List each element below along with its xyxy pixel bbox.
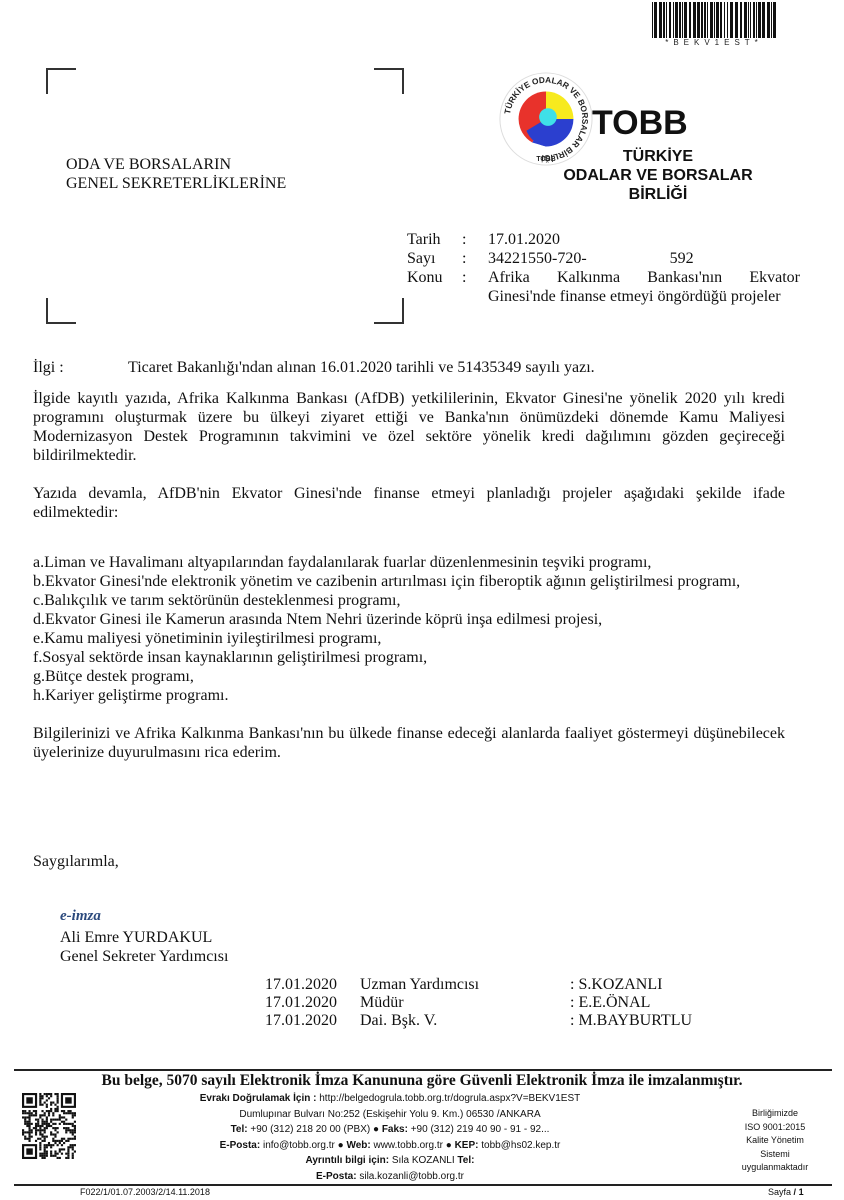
list-item: d.Ekvator Ginesi ile Kamerun arasında Nt… (33, 610, 785, 629)
bullet-icon: ● (338, 1140, 344, 1151)
window-corner-mark (46, 68, 76, 94)
barcode-text: *BEKV1EST* (650, 38, 778, 47)
address-line: Dumlupınar Bulvarı No:252 (Eskişehir Yol… (160, 1107, 620, 1123)
verify-line: Evrakı Doğrulamak İçin : http://belgedog… (160, 1091, 620, 1107)
signer-block: Ali Emre YURDAKUL Genel Sekreter Yardımc… (60, 928, 228, 966)
brand-title: TOBB (592, 105, 688, 141)
contact-email-link[interactable]: sila.kozanli@tobb.org.tr (359, 1171, 464, 1182)
meta-date: Tarih : 17.01.2020 (407, 230, 800, 249)
web-link[interactable]: www.tobb.org.tr (373, 1140, 442, 1151)
list-item: c.Balıkçılık ve tarım sektörünün destekl… (33, 591, 785, 610)
paragraph: İlgide kayıtlı yazıda, Afrika Kalkınma B… (33, 389, 785, 465)
signer-name: Ali Emre YURDAKUL (60, 928, 228, 947)
bullet-icon: ● (373, 1124, 379, 1135)
window-corner-mark (374, 68, 404, 94)
recipient-address: ODA VE BORSALARIN GENEL SEKRETERLİKLERİN… (66, 155, 286, 193)
e-signature-mark: e-imza (60, 908, 101, 925)
list-item: h.Kariyer geliştirme programı. (33, 686, 785, 705)
meta-number: Sayı : 34221550-720-592 (407, 249, 800, 268)
phone-line: Tel: +90 (312) 218 20 00 (PBX) ● Faks: +… (160, 1122, 620, 1138)
document-meta: Tarih : 17.01.2020 Sayı : 34221550-720-5… (407, 230, 800, 306)
kep-link[interactable]: tobb@hs02.kep.tr (481, 1140, 560, 1151)
qr-code-icon[interactable] (22, 1093, 76, 1159)
web-line: E-Posta: info@tobb.org.tr ● Web: www.tob… (160, 1138, 620, 1154)
project-list: a.Liman ve Havalimanı altyapılarından fa… (33, 553, 785, 705)
approval-row: 17.01.2020 Müdür : E.E.ÖNAL (265, 994, 692, 1012)
letter-body: İlgi : Ticaret Bakanlığı'ndan alınan 16.… (33, 358, 785, 781)
reference-line: İlgi : Ticaret Bakanlığı'ndan alınan 16.… (33, 358, 785, 377)
meta-subject: Konu : Afrika Kalkınma Bankası'nın Ekvat… (407, 268, 800, 306)
approval-row: 17.01.2020 Dai. Bşk. V. : M.BAYBURTLU (265, 1012, 692, 1030)
recipient-line: GENEL SEKRETERLİKLERİNE (66, 174, 286, 193)
brand-subtitle: TÜRKİYE ODALAR VE BORSALAR BİRLİĞİ (548, 147, 768, 204)
list-item: e.Kamu maliyesi yönetiminin iyileştirilm… (33, 629, 785, 648)
approval-list: 17.01.2020 Uzman Yardımcısı : S.KOZANLI … (265, 976, 692, 1030)
signer-title: Genel Sekreter Yardımcısı (60, 947, 228, 966)
footer-divider (14, 1069, 832, 1071)
footer-contact-info: Evrakı Doğrulamak İçin : http://belgedog… (160, 1091, 620, 1184)
paragraph: Yazıda devamla, AfDB'nin Ekvator Ginesi'… (33, 484, 785, 522)
paragraph: Bilgilerinizi ve Afrika Kalkınma Bankası… (33, 724, 785, 762)
list-item: a.Liman ve Havalimanı altyapılarından fa… (33, 553, 785, 572)
contact-email-line: E-Posta: sila.kozanli@tobb.org.tr (160, 1169, 620, 1185)
iso-notice: Birliğimizde ISO 9001:2015 Kalite Yöneti… (730, 1107, 820, 1175)
page-number: Sayfa / 1 (768, 1187, 804, 1197)
list-item: f.Sosyal sektörde insan kaynaklarının ge… (33, 648, 785, 667)
list-item: b.Ekvator Ginesi'nde elektronik yönetim … (33, 572, 785, 591)
e-signature-notice: Bu belge, 5070 sayılı Elektronik İmza Ka… (0, 1072, 844, 1090)
barcode-icon (650, 2, 778, 38)
verify-link[interactable]: http://belgedogrula.tobb.org.tr/dogrula.… (319, 1093, 580, 1104)
recipient-line: ODA VE BORSALARIN (66, 155, 286, 174)
list-item: g.Bütçe destek programı, (33, 667, 785, 686)
contact-line: Ayrıntılı bilgi için: Sıla KOZANLI Tel: (160, 1153, 620, 1169)
email-link[interactable]: info@tobb.org.tr (263, 1140, 335, 1151)
form-code: F022/1/01.07.2003/2/14.11.2018 (80, 1187, 210, 1197)
window-corner-mark (374, 298, 404, 324)
approval-row: 17.01.2020 Uzman Yardımcısı : S.KOZANLI (265, 976, 692, 994)
window-corner-mark (46, 298, 76, 324)
bullet-icon: ● (446, 1140, 452, 1151)
salutation: Saygılarımla, (33, 852, 119, 871)
footer-bottom-divider (14, 1184, 832, 1186)
